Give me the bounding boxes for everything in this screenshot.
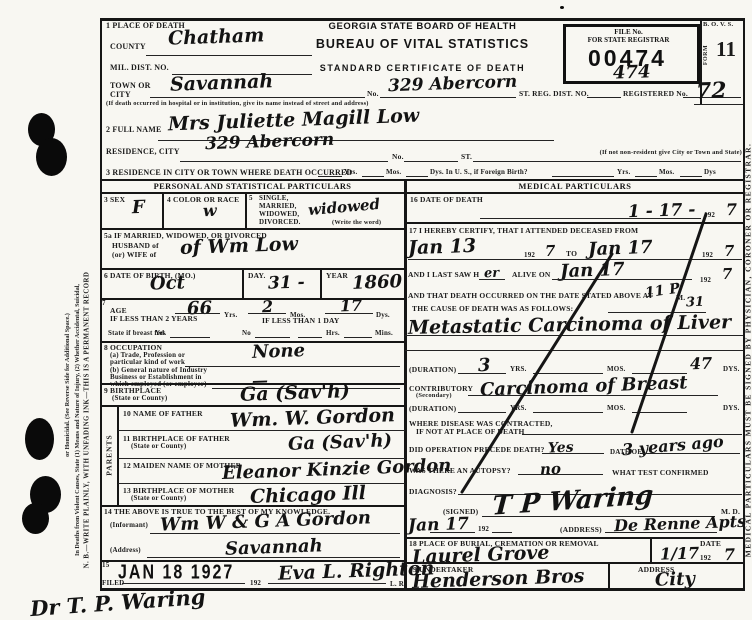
filed-date-stamp: JAN 18 1927 — [118, 562, 234, 585]
duration2-label: (DURATION) — [409, 405, 456, 413]
birthplace-note: (State or County) — [112, 395, 167, 402]
county-rule — [146, 55, 312, 56]
scan-speck — [560, 6, 564, 9]
res-yrs2-rule — [635, 176, 657, 177]
res-mos2-label: Mos. — [659, 169, 674, 176]
wife-of-label: (or) WIFE of — [112, 251, 156, 259]
lr-label: L. R. — [390, 581, 406, 588]
age-yrs-label: Yrs. — [224, 312, 237, 319]
operation-date-rule — [640, 453, 740, 454]
residence-rule — [180, 161, 388, 162]
filed-num: 15 — [102, 562, 109, 569]
hole-punch — [22, 503, 49, 534]
father-name-value: Wm. W. Gordon — [230, 406, 396, 431]
res-yrs2-label: Yrs. — [617, 169, 630, 176]
filed-rule — [122, 583, 245, 584]
res-dys2-label: Dys — [704, 169, 716, 176]
death-certificate-scan: N. B.—WRITE PLAINLY, WITH UNFADING INK—T… — [0, 0, 752, 620]
file-label-2: FOR STATE REGISTRAR — [566, 36, 691, 44]
row-rule — [405, 562, 745, 564]
mins-rule — [344, 337, 372, 338]
dod-year-value: 7 — [726, 202, 738, 218]
from-year-value: 7 — [545, 244, 556, 259]
res-mos-rule — [362, 176, 384, 177]
marital-divorced: DIVORCED. — [259, 219, 301, 226]
street-value: 329 Abercorn — [388, 74, 518, 96]
sex-divider — [162, 194, 164, 228]
alive-year-value: 7 — [722, 267, 733, 282]
sign-address-label: (ADDRESS) — [560, 526, 602, 534]
attended-from-value: Jan 13 — [408, 237, 477, 258]
left-margin-note-line3: or Homicidal. (See Reverse Side for Addi… — [65, 313, 71, 457]
alive-192-label: 192 — [700, 277, 711, 284]
marital-value: widowed — [307, 197, 380, 218]
medical-section-title: MEDICAL PARTICULARS — [405, 182, 745, 191]
registered-value: 72 — [696, 79, 727, 102]
sign-date-rule — [430, 532, 475, 533]
informant-label: (Informant) — [110, 522, 148, 529]
st-reg-dist-label: ST. REG. DIST. NO. — [519, 90, 589, 98]
duration-mos-rule — [533, 373, 603, 374]
burial-year-value: 7 — [724, 547, 736, 563]
date-of-death-value: 1 - 17 - — [628, 202, 696, 221]
date-of-death-label: 16 DATE OF DEATH — [410, 196, 483, 204]
breast-no-label: No — [242, 330, 251, 337]
file-label-1: FILE No. — [566, 28, 691, 36]
age-dys-rule — [325, 313, 373, 314]
physician-signature: T P Waring — [491, 482, 654, 519]
mins-label: Mins. — [375, 330, 393, 337]
row-rule — [405, 222, 745, 224]
section-bottom-rule — [100, 192, 745, 194]
duration2-mos-label: MOS. — [607, 405, 626, 412]
last-saw-rule — [479, 279, 505, 280]
row-rule — [100, 228, 405, 230]
dob-day-divider — [242, 270, 244, 298]
birthplace-value: Ga (Sav'h) — [240, 382, 350, 405]
residence-st-label: ST. — [461, 153, 472, 161]
father-bp-value: Ga (Sav'h) — [288, 432, 393, 454]
mother-bp-value: Chicago Ill — [250, 484, 367, 507]
undertaker-address-value: City — [655, 570, 696, 589]
city-label: CITY — [110, 91, 131, 99]
dob-month-value: Oct — [150, 274, 186, 293]
sign-192-label: 192 — [478, 526, 489, 533]
nonresident-note: (If not non-resident give City or Town a… — [518, 150, 742, 157]
duration-mos-label: MOS. — [607, 366, 626, 373]
res-dys-rule — [406, 176, 428, 177]
attended-to-value: Jan 17 — [588, 239, 653, 259]
cause-label: THE CAUSE OF DEATH WAS AS FOLLOWS: — [412, 305, 573, 313]
filed-192-label: 192 — [250, 580, 261, 587]
bureau-title: BUREAU OF VITAL STATISTICS — [290, 37, 555, 51]
board-title: GEORGIA STATE BOARD OF HEALTH — [290, 21, 555, 32]
burial-date-divider — [650, 537, 652, 562]
left-margin-note-line1: N. B.—WRITE PLAINLY, WITH UNFADING INK—T… — [85, 272, 92, 569]
husband-of-label: HUSBAND of — [112, 242, 159, 250]
father-bp-note: (State or County) — [131, 443, 186, 450]
secondary-note: (Secondary) — [416, 393, 452, 400]
operation-date-value: 3 years ago — [621, 434, 724, 459]
father-name-label: 10 NAME OF FATHER — [123, 410, 203, 418]
age-num: 7 — [102, 300, 106, 307]
diagnosis-label: DIAGNOSIS? — [409, 488, 457, 496]
town-rule — [150, 97, 365, 98]
color-race-value: w — [203, 203, 217, 219]
dob-day-value: 31 - — [268, 274, 305, 292]
form-word-label: FORM — [703, 45, 709, 65]
column-divider — [404, 179, 407, 591]
autopsy-label: WAS THERE AN AUTOPSY? — [409, 467, 511, 475]
duration2-yrs-rule — [458, 412, 506, 413]
row-rule — [100, 268, 405, 270]
registered-no-label: REGISTERED No. — [623, 90, 688, 98]
where-contracted-label2: IF NOT AT PLACE OF DEATH — [416, 428, 525, 436]
age-years-value: 66 — [187, 300, 213, 319]
certify-label: 17 I HEREBY CERTIFY, THAT I ATTENDED DEC… — [409, 227, 638, 235]
age-dys-label: Dys. — [376, 312, 390, 319]
contributory-rule — [468, 395, 718, 396]
mother-bp-note: (State or County) — [131, 495, 186, 502]
m-label: M. — [676, 294, 685, 302]
informant-value: Wm W & G A Gordon — [160, 509, 371, 534]
duration2-yrs-label: YRS. — [510, 405, 527, 412]
age-days-value: 17 — [340, 298, 363, 315]
bovs-label: B. O. V. S. — [703, 22, 733, 29]
duration-dys-label: DYS. — [723, 366, 740, 373]
age-mos-rule — [248, 313, 286, 314]
hospital-note: (If death occurred in hospital or in ins… — [106, 101, 369, 108]
residence-duration-label: 3 RESIDENCE IN CITY OR TOWN WHERE DEATH … — [106, 169, 353, 177]
duration-yrs-label: YRS. — [510, 366, 527, 373]
to-label: TO — [566, 250, 577, 258]
county-value: Chatham — [168, 26, 265, 48]
hole-punch — [36, 138, 67, 176]
occupation-a-rule — [185, 366, 400, 367]
last-saw-label: AND I LAST SAW H — [408, 271, 479, 279]
parents-divider — [117, 405, 119, 505]
res-yrs-label: Yrs. — [344, 169, 357, 176]
occupation-a-value: None — [252, 342, 306, 362]
duration-label: (DURATION) — [409, 366, 456, 374]
residence-label: RESIDENCE, CITY — [106, 148, 180, 156]
alive-on-label: ALIVE ON — [512, 271, 550, 279]
sex-label: 3 SEX — [104, 196, 125, 204]
breast-no-rule — [255, 337, 290, 338]
residence-no-label: No. — [392, 153, 404, 161]
breast-yes-label: Yes — [155, 330, 166, 337]
left-margin-note-line2: In Deaths from Violent Causes, State (1)… — [75, 284, 81, 556]
cause-blank-rule — [405, 350, 743, 351]
stray-number: 31 — [686, 296, 705, 310]
sign-192-rule — [492, 532, 512, 533]
informant-address-value: Savannah — [225, 537, 323, 558]
sign-address-rule — [605, 532, 717, 533]
burial-date-value: 1/17 — [660, 545, 700, 562]
form-number: 11 — [716, 38, 736, 60]
duration2-mos-rule — [533, 412, 603, 413]
residence-st-rule — [473, 161, 741, 162]
to-year-value: 7 — [724, 244, 735, 259]
marital-note: (Write the word) — [332, 220, 381, 227]
st-reg-rule — [587, 97, 621, 98]
cause-line-rule — [405, 335, 743, 336]
parents-label: PARENTS — [105, 434, 113, 475]
res-yrs-rule — [318, 176, 342, 177]
personal-section-title: PERSONAL AND STATISTICAL PARTICULARS — [100, 182, 405, 191]
bottom-annotation: Dr T. P. Waring — [29, 586, 205, 619]
autopsy-rule — [518, 474, 603, 475]
street-no-label: No. — [367, 90, 379, 98]
town-value: Savannah — [170, 72, 274, 95]
what-test-label: WHAT TEST CONFIRMED — [612, 469, 709, 477]
street-rule — [380, 97, 516, 98]
marital-num: 5 — [249, 195, 253, 202]
marital-divider — [245, 194, 247, 228]
age-yrs-rule — [175, 313, 220, 314]
informant-address-label: (Address) — [110, 547, 141, 554]
age-sub-label: IF LESS THAN 2 YEARS — [110, 315, 198, 323]
dob-day-label: DAY. — [248, 272, 266, 280]
alive-on-rule — [552, 279, 692, 280]
residence-value: 329 Abercorn — [205, 132, 335, 154]
hole-punch — [25, 418, 54, 460]
dob-year-divider — [320, 270, 322, 298]
duration-days-value: 47 — [690, 356, 713, 373]
right-margin-note: MEDICAL PARTICULARS MUST BE SIGNED BY PH… — [744, 143, 752, 558]
hrs-label: Hrs. — [326, 330, 340, 337]
form-border-right — [743, 18, 745, 591]
residence-no-rule — [404, 161, 458, 162]
file-number-handwritten: 474 — [613, 63, 651, 82]
operation-rule — [542, 453, 604, 454]
spouse-value: of Wm Low — [180, 235, 298, 258]
breast-yes-rule — [170, 337, 210, 338]
undertaker-address-divider — [608, 562, 610, 589]
registrar-rule — [268, 583, 386, 584]
sex-value: F — [132, 199, 145, 217]
full-name-label: 2 FULL NAME — [106, 126, 162, 134]
hrs-rule — [298, 337, 322, 338]
operation-label: DID OPERATION PRECEDE DEATH? — [409, 446, 545, 454]
duration2-dys-label: DYS. — [723, 405, 740, 412]
burial-date-label: DATE — [700, 540, 721, 548]
less-than-day-label: IF LESS THAN 1 DAY — [262, 317, 340, 325]
duration-years-value: 3 — [478, 357, 491, 375]
res-mos2-rule — [680, 176, 702, 177]
county-label: COUNTY — [110, 43, 146, 51]
res-mos-label: Mos. — [386, 169, 401, 176]
autopsy-value: no — [540, 462, 561, 478]
res-foreign-rule — [552, 176, 614, 177]
occurred-label: AND THAT DEATH OCCURRED ON THE DATE STAT… — [408, 292, 653, 300]
mil-dist-label: MIL. DIST. NO. — [110, 64, 169, 72]
dod-192-label: 192 — [704, 212, 715, 219]
duration2-dys-rule — [632, 412, 687, 413]
dob-year-value: 1860 — [352, 273, 403, 293]
dob-year-label: YEAR — [326, 272, 348, 280]
res-dys-us-label: Dys. In U. S., if Foreign Birth? — [430, 169, 528, 176]
